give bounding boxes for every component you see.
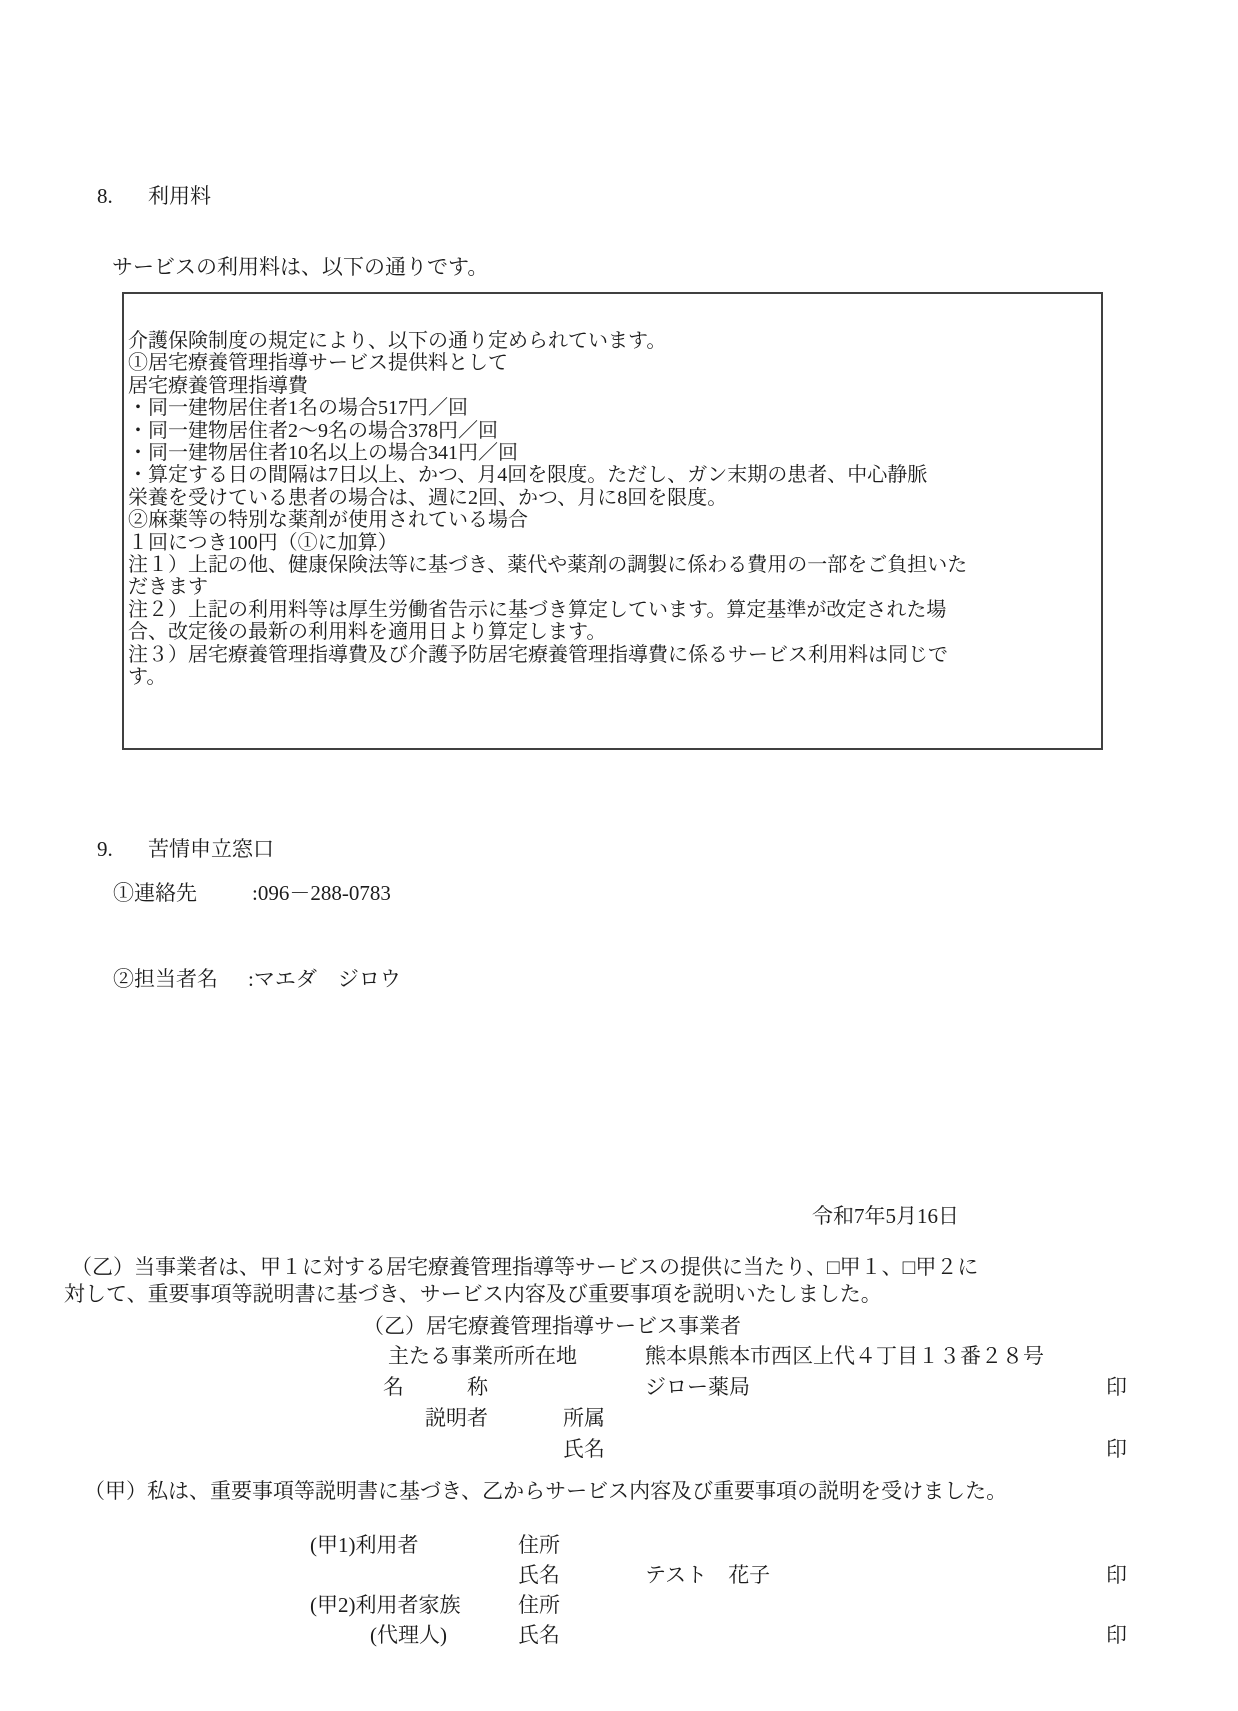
office-address-label: 主たる事業所所在地 [388,1343,577,1369]
seal-placeholder: 印 [1106,1562,1127,1588]
contact-label: ①連絡先 [113,880,197,906]
fee-details-box: 介護保険制度の規定により、以下の通り定められています。 ①居宅療養管理指導サービ… [122,292,1103,750]
user-address-label: 住所 [518,1532,560,1558]
fee-box-line: 栄養を受けている患者の場合は、週に2回、かつ、月に8回を限度。 [128,487,1097,509]
seal-placeholder: 印 [1106,1436,1127,1462]
section8-number: 8. [97,183,113,209]
section8-title: 利用料 [148,183,211,209]
section9-number: 9. [97,836,113,862]
user-fullname-value: テスト 花子 [645,1562,770,1588]
fee-box-line: ・算定する日の間隔は7日以上、かつ、月4回を限度。ただし、ガン末期の患者、中心静… [128,464,1097,486]
fee-box-line: だきます [128,576,1097,598]
fee-box-line: 介護保険制度の規定により、以下の通り定められています。 [128,330,1097,352]
family-label: (甲2)利用者家族 [310,1592,461,1618]
kou-statement: （甲）私は、重要事項等説明書に基づき、乙からサービス内容及び重要事項の説明を受け… [84,1478,1007,1504]
document-page: 8. 利用料 サービスの利用料は、以下の通りです。 介護保険制度の規定により、以… [0,0,1238,1711]
fee-box-line: 注２）上記の利用料等は厚生労働省告示に基づき算定しています。算定基準が改定された… [128,599,1097,621]
document-date: 令和7年5月16日 [812,1203,959,1229]
section8-intro: サービスの利用料は、以下の通りです。 [112,254,488,280]
fee-box-line: １回につき100円（①に加算） [128,532,1097,554]
fee-box-line: ②麻薬等の特別な薬剤が使用されている場合 [128,509,1097,531]
user-label: (甲1)利用者 [310,1532,419,1558]
contact-phone-value: :096－288-0783 [252,880,391,906]
otsu-statement-line1: （乙）当事業者は、甲１に対する居宅療養管理指導等サービスの提供に当たり、□甲１、… [71,1254,978,1280]
provider-name-label: 名 称 [383,1374,488,1400]
explainer-fullname-label: 氏名 [563,1436,605,1462]
manager-name-value: :マエダ ジロウ [248,966,401,992]
office-address-value: 熊本県熊本市西区上代４丁目１３番２８号 [645,1343,1044,1369]
fee-box-line: 居宅療養管理指導費 [128,375,1097,397]
family-fullname-label: 氏名 [518,1622,560,1648]
fee-box-line: す。 [128,666,1097,688]
manager-label: ②担当者名 [113,966,218,992]
fee-box-line: ・同一建物居住者10名以上の場合341円／回 [128,442,1097,464]
otsu-statement-line2: 対して、重要事項等説明書に基づき、サービス内容及び重要事項を説明いたしました。 [64,1281,882,1307]
seal-placeholder: 印 [1106,1374,1127,1400]
fee-box-line: ・同一建物居住者2～9名の場合378円／回 [128,420,1097,442]
fee-box-line: ①居宅療養管理指導サービス提供料として [128,352,1097,374]
provider-name-value: ジロー薬局 [645,1374,750,1400]
affiliation-label: 所属 [563,1405,605,1431]
fee-box-line: 合、改定後の最新の利用料を適用日より算定します。 [128,621,1097,643]
section9-title: 苦情申立窓口 [148,836,274,862]
seal-placeholder: 印 [1106,1622,1127,1648]
proxy-label: (代理人) [370,1622,447,1648]
family-address-label: 住所 [518,1592,560,1618]
fee-box-line: 注３）居宅療養管理指導費及び介護予防居宅療養管理指導費に係るサービス利用料は同じ… [128,644,1097,666]
explainer-label: 説明者 [425,1405,488,1431]
user-fullname-label: 氏名 [518,1562,560,1588]
fee-box-line: 注１）上記の他、健康保険法等に基づき、薬代や薬剤の調製に係わる費用の一部をご負担… [128,554,1097,576]
otsu-provider-heading: （乙）居宅療養管理指導サービス事業者 [363,1313,741,1339]
fee-box-line: ・同一建物居住者1名の場合517円／回 [128,397,1097,419]
